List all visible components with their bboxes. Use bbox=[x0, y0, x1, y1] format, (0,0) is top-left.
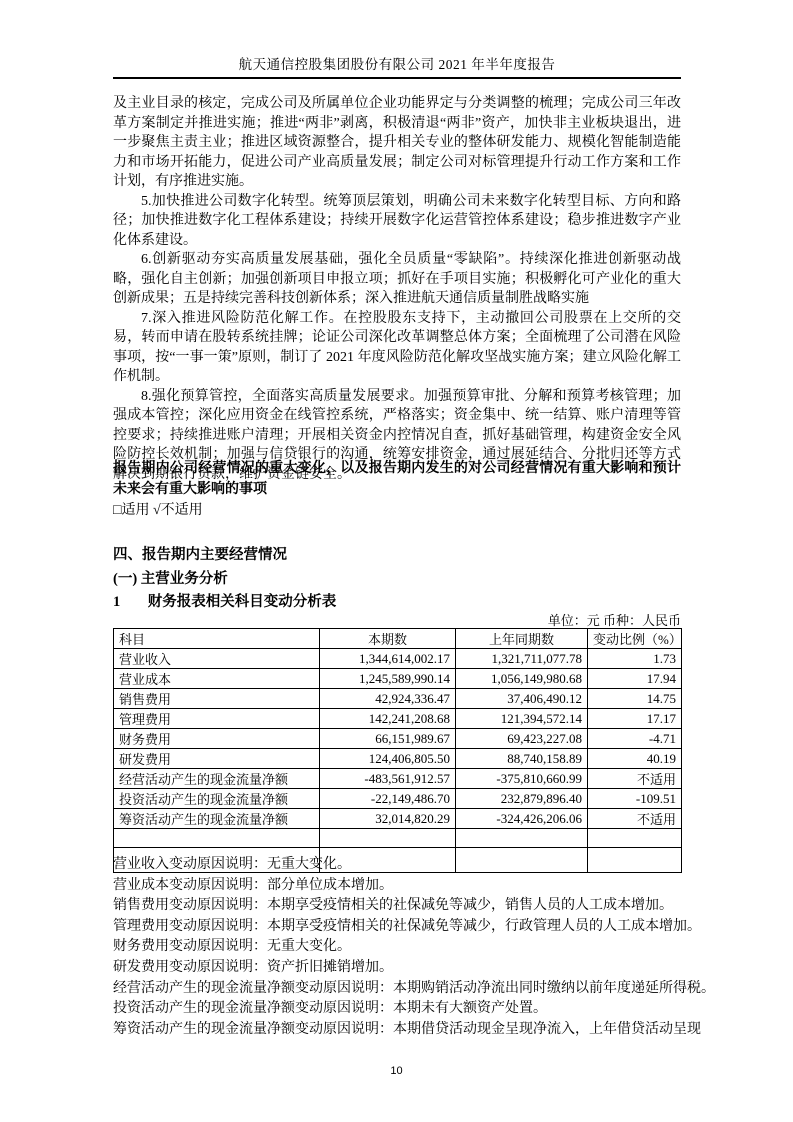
table-row: 研发费用 124,406,805.50 88,740,158.89 40.19 bbox=[114, 749, 682, 769]
cell-prior: -375,810,660.99 bbox=[456, 769, 588, 789]
page-number: 10 bbox=[0, 1065, 793, 1077]
cell-subject: 研发费用 bbox=[114, 749, 320, 769]
change-note: 销售费用变动原因说明：本期享受疫情相关的社保减免等减少，销售人员的人工成本增加。 bbox=[113, 896, 693, 917]
cell-prior: 1,321,711,077.78 bbox=[456, 649, 588, 669]
change-note: 财务费用变动原因说明：无重大变化。 bbox=[113, 937, 693, 958]
cell-current: 142,241,208.68 bbox=[320, 709, 456, 729]
column-header-subject: 科目 bbox=[114, 629, 320, 649]
cell-subject: 营业成本 bbox=[114, 669, 320, 689]
cell-subject: 投资活动产生的现金流量净额 bbox=[114, 789, 320, 809]
body-text-block: 及主业目录的核定，完成公司及所属单位企业功能界定与分类调整的梳理；完成公司三年改… bbox=[113, 94, 681, 484]
cell-current: 1,344,614,002.17 bbox=[320, 649, 456, 669]
table-title-text: 财务报表相关科目变动分析表 bbox=[148, 590, 337, 611]
cell-subject: 经营活动产生的现金流量净额 bbox=[114, 769, 320, 789]
body-paragraph: 5.加快推进公司数字化转型。统筹顶层策划，明确公司未来数字化转型目标、方向和路径… bbox=[113, 192, 681, 251]
table-header-row: 科目 本期数 上年同期数 变动比例（%） bbox=[114, 629, 682, 649]
subsection-heading-main-business: (一) 主营业务分析 bbox=[113, 567, 681, 588]
cell-change: -109.51 bbox=[588, 789, 682, 809]
cell-current: 42,924,336.47 bbox=[320, 689, 456, 709]
cell-change: 14.75 bbox=[588, 689, 682, 709]
change-note: 营业收入变动原因说明：无重大变化。 bbox=[113, 855, 693, 876]
table-title: 1财务报表相关科目变动分析表 bbox=[113, 590, 681, 611]
cell-change bbox=[588, 829, 682, 848]
body-paragraph: 7.深入推进风险防范化解工作。在控股股东支持下，主动撤回公司股票在上交所的交易，… bbox=[113, 309, 681, 387]
cell-subject: 营业收入 bbox=[114, 649, 320, 669]
cell-prior: 121,394,572.14 bbox=[456, 709, 588, 729]
table-row-empty bbox=[114, 829, 682, 848]
cell-current: 66,151,989.67 bbox=[320, 729, 456, 749]
financial-items-table: 科目 本期数 上年同期数 变动比例（%） 营业收入 1,344,614,002.… bbox=[113, 628, 682, 873]
table-title-number: 1 bbox=[113, 594, 120, 611]
section-heading-4: 四、报告期内主要经营情况 bbox=[113, 543, 681, 564]
table-row: 财务费用 66,151,989.67 69,423,227.08 -4.71 bbox=[114, 729, 682, 749]
cell-change: 17.17 bbox=[588, 709, 682, 729]
cell-prior: -324,426,206.06 bbox=[456, 809, 588, 829]
report-page: 航天通信控股集团股份有限公司 2021 年半年度报告 及主业目录的核定，完成公司… bbox=[0, 0, 793, 1122]
cell-current: -22,149,486.70 bbox=[320, 789, 456, 809]
cell-current: -483,561,912.57 bbox=[320, 769, 456, 789]
cell-change: 不适用 bbox=[588, 809, 682, 829]
change-note: 筹资活动产生的现金流量净额变动原因说明：本期借贷活动现金呈现净流入，上年借贷活动… bbox=[113, 1020, 693, 1041]
column-header-prior-period: 上年同期数 bbox=[456, 629, 588, 649]
report-title: 航天通信控股集团股份有限公司 2021 年半年度报告 bbox=[239, 57, 556, 72]
cell-subject bbox=[114, 829, 320, 848]
table-row: 投资活动产生的现金流量净额 -22,149,486.70 232,879,896… bbox=[114, 789, 682, 809]
change-note: 投资活动产生的现金流量净额变动原因说明：本期未有大额资产处置。 bbox=[113, 999, 693, 1020]
table-row: 管理费用 142,241,208.68 121,394,572.14 17.17 bbox=[114, 709, 682, 729]
page-header: 航天通信控股集团股份有限公司 2021 年半年度报告 bbox=[113, 53, 681, 73]
cell-change: 不适用 bbox=[588, 769, 682, 789]
cell-subject: 销售费用 bbox=[114, 689, 320, 709]
change-note: 营业成本变动原因说明：部分单位成本增加。 bbox=[113, 876, 693, 897]
change-note: 经营活动产生的现金流量净额变动原因说明：本期购销活动净流出同时缴纳以前年度递延所… bbox=[113, 979, 693, 1000]
major-changes-heading: 报告期内公司经营情况的重大变化，以及报告期内发生的对公司经营情况有重大影响和预计… bbox=[113, 458, 681, 500]
cell-prior bbox=[456, 829, 588, 848]
cell-prior: 69,423,227.08 bbox=[456, 729, 588, 749]
cell-prior: 88,740,158.89 bbox=[456, 749, 588, 769]
cell-subject: 管理费用 bbox=[114, 709, 320, 729]
column-header-change-pct: 变动比例（%） bbox=[588, 629, 682, 649]
cell-change: 40.19 bbox=[588, 749, 682, 769]
table-row: 营业成本 1,245,589,990.14 1,056,149,980.68 1… bbox=[114, 669, 682, 689]
change-notes-block: 营业收入变动原因说明：无重大变化。 营业成本变动原因说明：部分单位成本增加。 销… bbox=[113, 855, 693, 1040]
table-row: 经营活动产生的现金流量净额 -483,561,912.57 -375,810,6… bbox=[114, 769, 682, 789]
header-rule bbox=[113, 77, 681, 79]
applicability-line: □适用 √不适用 bbox=[113, 500, 681, 521]
cell-current: 1,245,589,990.14 bbox=[320, 669, 456, 689]
cell-current: 32,014,820.29 bbox=[320, 809, 456, 829]
table-row: 营业收入 1,344,614,002.17 1,321,711,077.78 1… bbox=[114, 649, 682, 669]
major-changes-block: 报告期内公司经营情况的重大变化，以及报告期内发生的对公司经营情况有重大影响和预计… bbox=[113, 458, 681, 521]
cell-current: 124,406,805.50 bbox=[320, 749, 456, 769]
change-note: 管理费用变动原因说明：本期享受疫情相关的社保减免等减少，行政管理人员的人工成本增… bbox=[113, 917, 693, 938]
unit-currency-note: 单位：元 币种：人民币 bbox=[113, 610, 681, 629]
cell-prior: 37,406,490.12 bbox=[456, 689, 588, 709]
cell-prior: 1,056,149,980.68 bbox=[456, 669, 588, 689]
cell-change: -4.71 bbox=[588, 729, 682, 749]
cell-change: 17.94 bbox=[588, 669, 682, 689]
column-header-current-period: 本期数 bbox=[320, 629, 456, 649]
body-paragraph: 及主业目录的核定，完成公司及所属单位企业功能界定与分类调整的梳理；完成公司三年改… bbox=[113, 94, 681, 192]
cell-subject: 筹资活动产生的现金流量净额 bbox=[114, 809, 320, 829]
table-row: 筹资活动产生的现金流量净额 32,014,820.29 -324,426,206… bbox=[114, 809, 682, 829]
body-paragraph: 6.创新驱动夯实高质量发展基础，强化全员质量“零缺陷”。持续深化推进创新驱动战略… bbox=[113, 250, 681, 309]
cell-change: 1.73 bbox=[588, 649, 682, 669]
change-note: 研发费用变动原因说明：资产折旧摊销增加。 bbox=[113, 958, 693, 979]
cell-current bbox=[320, 829, 456, 848]
table-row: 销售费用 42,924,336.47 37,406,490.12 14.75 bbox=[114, 689, 682, 709]
cell-prior: 232,879,896.40 bbox=[456, 789, 588, 809]
cell-subject: 财务费用 bbox=[114, 729, 320, 749]
